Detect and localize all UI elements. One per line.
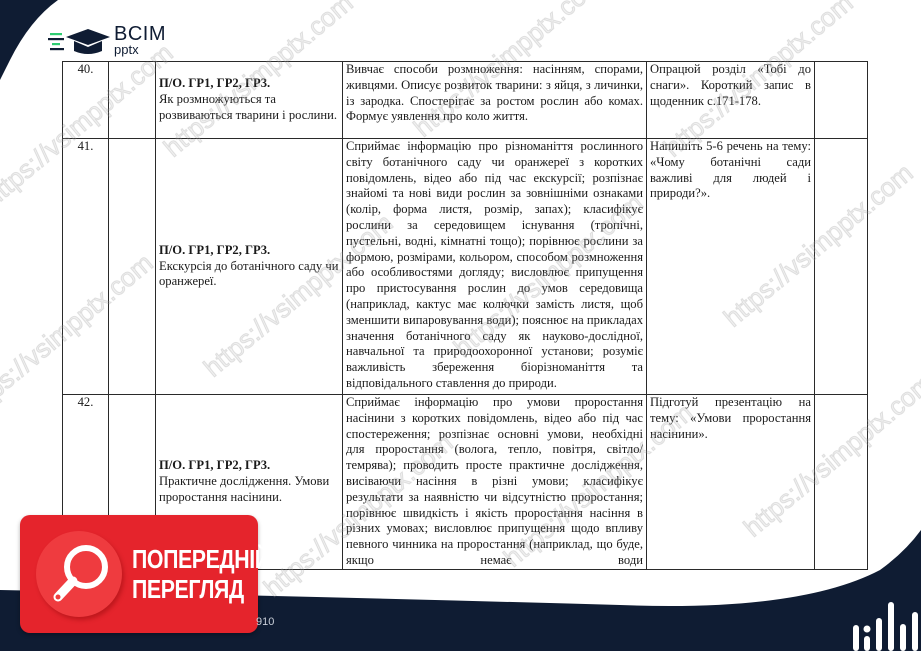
- outcomes-extra: Формує уявлення про коло життя.: [346, 109, 643, 125]
- preview-label: ПОПЕРЕДНІЙ ПЕРЕГЛЯД: [132, 544, 270, 604]
- lesson-topic: П/О. ГР1, ГР2, ГР3. Екскурсія до ботаніч…: [156, 139, 343, 395]
- brand-logo: BCIM pptx: [48, 24, 166, 56]
- lesson-topic: П/О. ГР1, ГР2, ГР3. Як розмножуються та …: [156, 62, 343, 139]
- learning-outcomes: Сприймає інформацію про різноманіття рос…: [343, 139, 647, 395]
- homework: Напишіть 5-6 речень на тему: «Чому ботан…: [647, 139, 815, 395]
- brand-title: BCIM: [114, 24, 166, 44]
- topic-text: Екскурсія до ботанічного саду чи оранжер…: [159, 259, 338, 289]
- lesson-number: 40.: [63, 62, 109, 139]
- table-row: 40. П/О. ГР1, ГР2, ГР3. Як розмножуються…: [63, 62, 868, 139]
- page-number: 910: [256, 616, 274, 628]
- group-tag: П/О. ГР1, ГР2, ГР3.: [159, 76, 339, 92]
- notes: [815, 139, 868, 395]
- notes: [815, 395, 868, 570]
- learning-outcomes: Сприймає інформацію про умови проростанн…: [343, 395, 647, 570]
- table-row: 41. П/О. ГР1, ГР2, ГР3. Екскурсія до бот…: [63, 139, 868, 395]
- preview-badge[interactable]: ПОПЕРЕДНІЙ ПЕРЕГЛЯД: [20, 515, 258, 633]
- lesson-date: [109, 62, 156, 139]
- lesson-number: 41.: [63, 139, 109, 395]
- graduation-cap-icon: [48, 25, 110, 55]
- outcomes-text: Вивчає способи розмноження: насінням, сп…: [346, 62, 643, 109]
- notes: [815, 62, 868, 139]
- topic-text: Практичне дослідження. Умови проростання…: [159, 474, 329, 504]
- magnifier-icon: [36, 531, 122, 617]
- homework: Підготуй презентацію на тему: «Умови про…: [647, 395, 815, 570]
- lesson-plan-table: 40. П/О. ГР1, ГР2, ГР3. Як розмножуються…: [62, 61, 868, 570]
- brand-subtitle: pptx: [114, 43, 166, 56]
- topic-text: Як розмножуються та розвиваються тварини…: [159, 92, 337, 122]
- preview-label-line1: ПОПЕРЕДНІЙ: [132, 544, 270, 574]
- footer-bars-logo: [853, 602, 918, 651]
- lesson-date: [109, 139, 156, 395]
- homework: Опрацюй розділ «Тобі до снаги». Короткий…: [647, 62, 815, 139]
- group-tag: П/О. ГР1, ГР2, ГР3.: [159, 243, 339, 259]
- group-tag: П/О. ГР1, ГР2, ГР3.: [159, 458, 339, 474]
- learning-outcomes: Вивчає способи розмноження: насінням, сп…: [343, 62, 647, 139]
- preview-label-line2: ПЕРЕГЛЯД: [132, 574, 270, 604]
